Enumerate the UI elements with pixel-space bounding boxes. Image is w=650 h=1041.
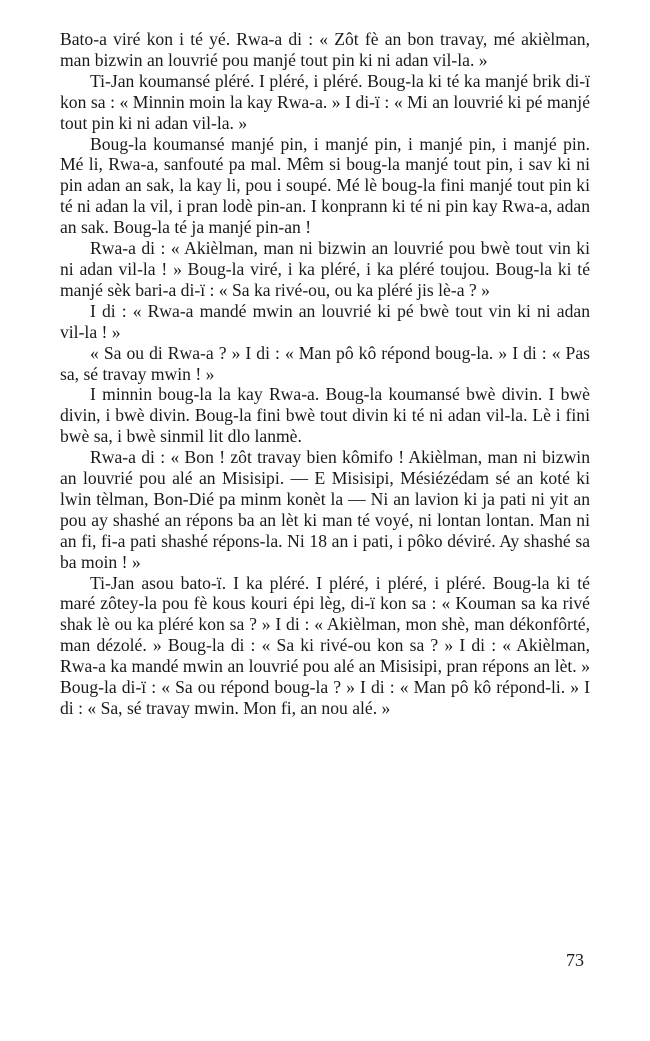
page-number: 73 [566,950,584,971]
paragraph: Rwa-a di : « Akièlman, man ni bizwin an … [60,238,590,301]
paragraph: Boug-la koumansé manjé pin, i manjé pin,… [60,134,590,239]
paragraph: Bato-a viré kon i té yé. Rwa-a di : « Zô… [60,29,590,71]
page-body: Bato-a viré kon i té yé. Rwa-a di : « Zô… [60,29,590,719]
paragraph: Ti-Jan asou bato-ï. I ka pléré. I pléré,… [60,573,590,719]
paragraph: Ti-Jan koumansé pléré. I pléré, i pléré.… [60,71,590,134]
paragraph: I di : « Rwa-a mandé mwin an louvrié ki … [60,301,590,343]
paragraph: I minnin boug-la la kay Rwa-a. Boug-la k… [60,384,590,447]
paragraph: « Sa ou di Rwa-a ? » I di : « Man pô kô … [60,343,590,385]
paragraph: Rwa-a di : « Bon ! zôt travay bien kômif… [60,447,590,572]
